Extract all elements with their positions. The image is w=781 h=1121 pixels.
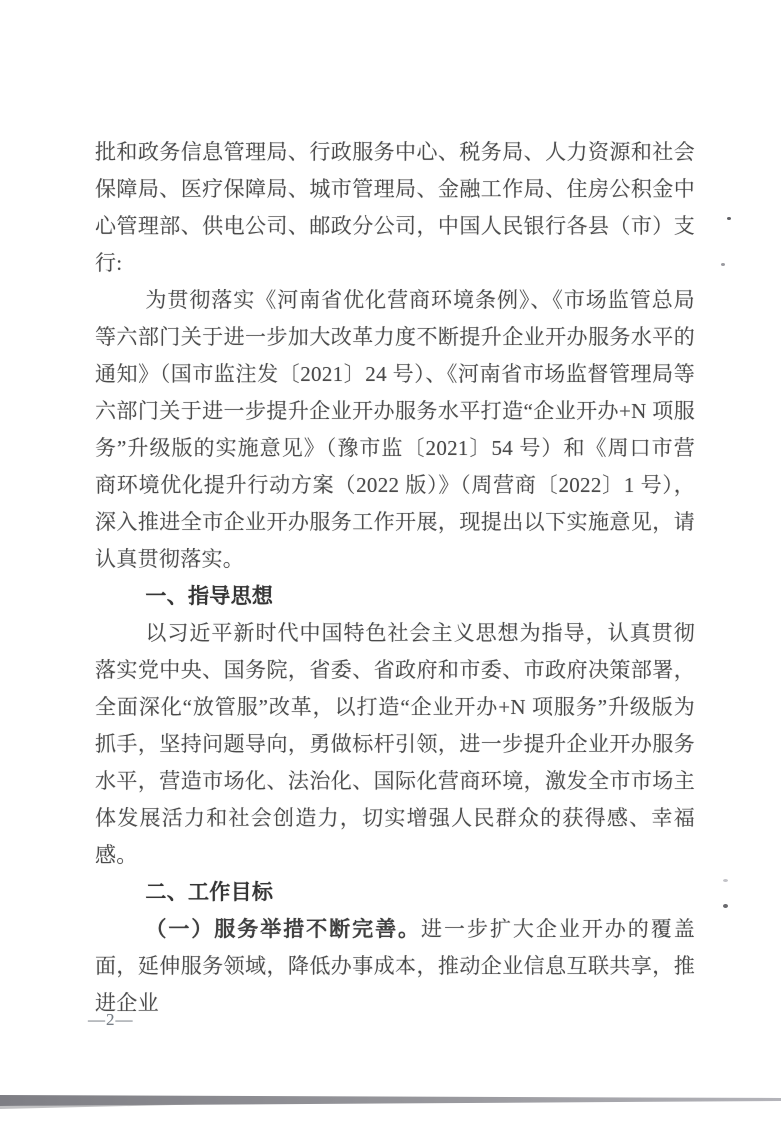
paragraph-recipients: 批和政务信息管理局、行政服务中心、税务局、人力资源和社会保障局、医疗保障局、城市… (95, 134, 695, 282)
document-body: 批和政务信息管理局、行政服务中心、税务局、人力资源和社会保障局、医疗保障局、城市… (95, 134, 695, 1022)
scan-speck (727, 217, 731, 220)
scan-speck (723, 879, 728, 882)
scanned-document-page: 批和政务信息管理局、行政服务中心、税务局、人力资源和社会保障局、医疗保障局、城市… (0, 0, 781, 1121)
section-1-body: 以习近平新时代中国特色社会主义思想为指导，认真贯彻落实党中央、国务院，省委、省政… (95, 615, 695, 874)
scan-speck (723, 904, 728, 908)
section-2-item-1: （一）服务举措不断完善。进一步扩大企业开办的覆盖面，延伸服务领域，降低办事成本，… (95, 911, 695, 1022)
section-1-heading: 一、指导思想 (95, 578, 695, 615)
section-2-heading: 二、工作目标 (95, 874, 695, 911)
page-number: —2— (88, 1010, 134, 1030)
paragraph-preamble: 为贯彻落实《河南省优化营商环境条例》、《市场监管总局等六部门关于进一步加大改革力… (95, 282, 695, 578)
section-2-item-1-lead: （一）服务举措不断完善。 (145, 917, 421, 941)
scan-speck (721, 263, 725, 266)
